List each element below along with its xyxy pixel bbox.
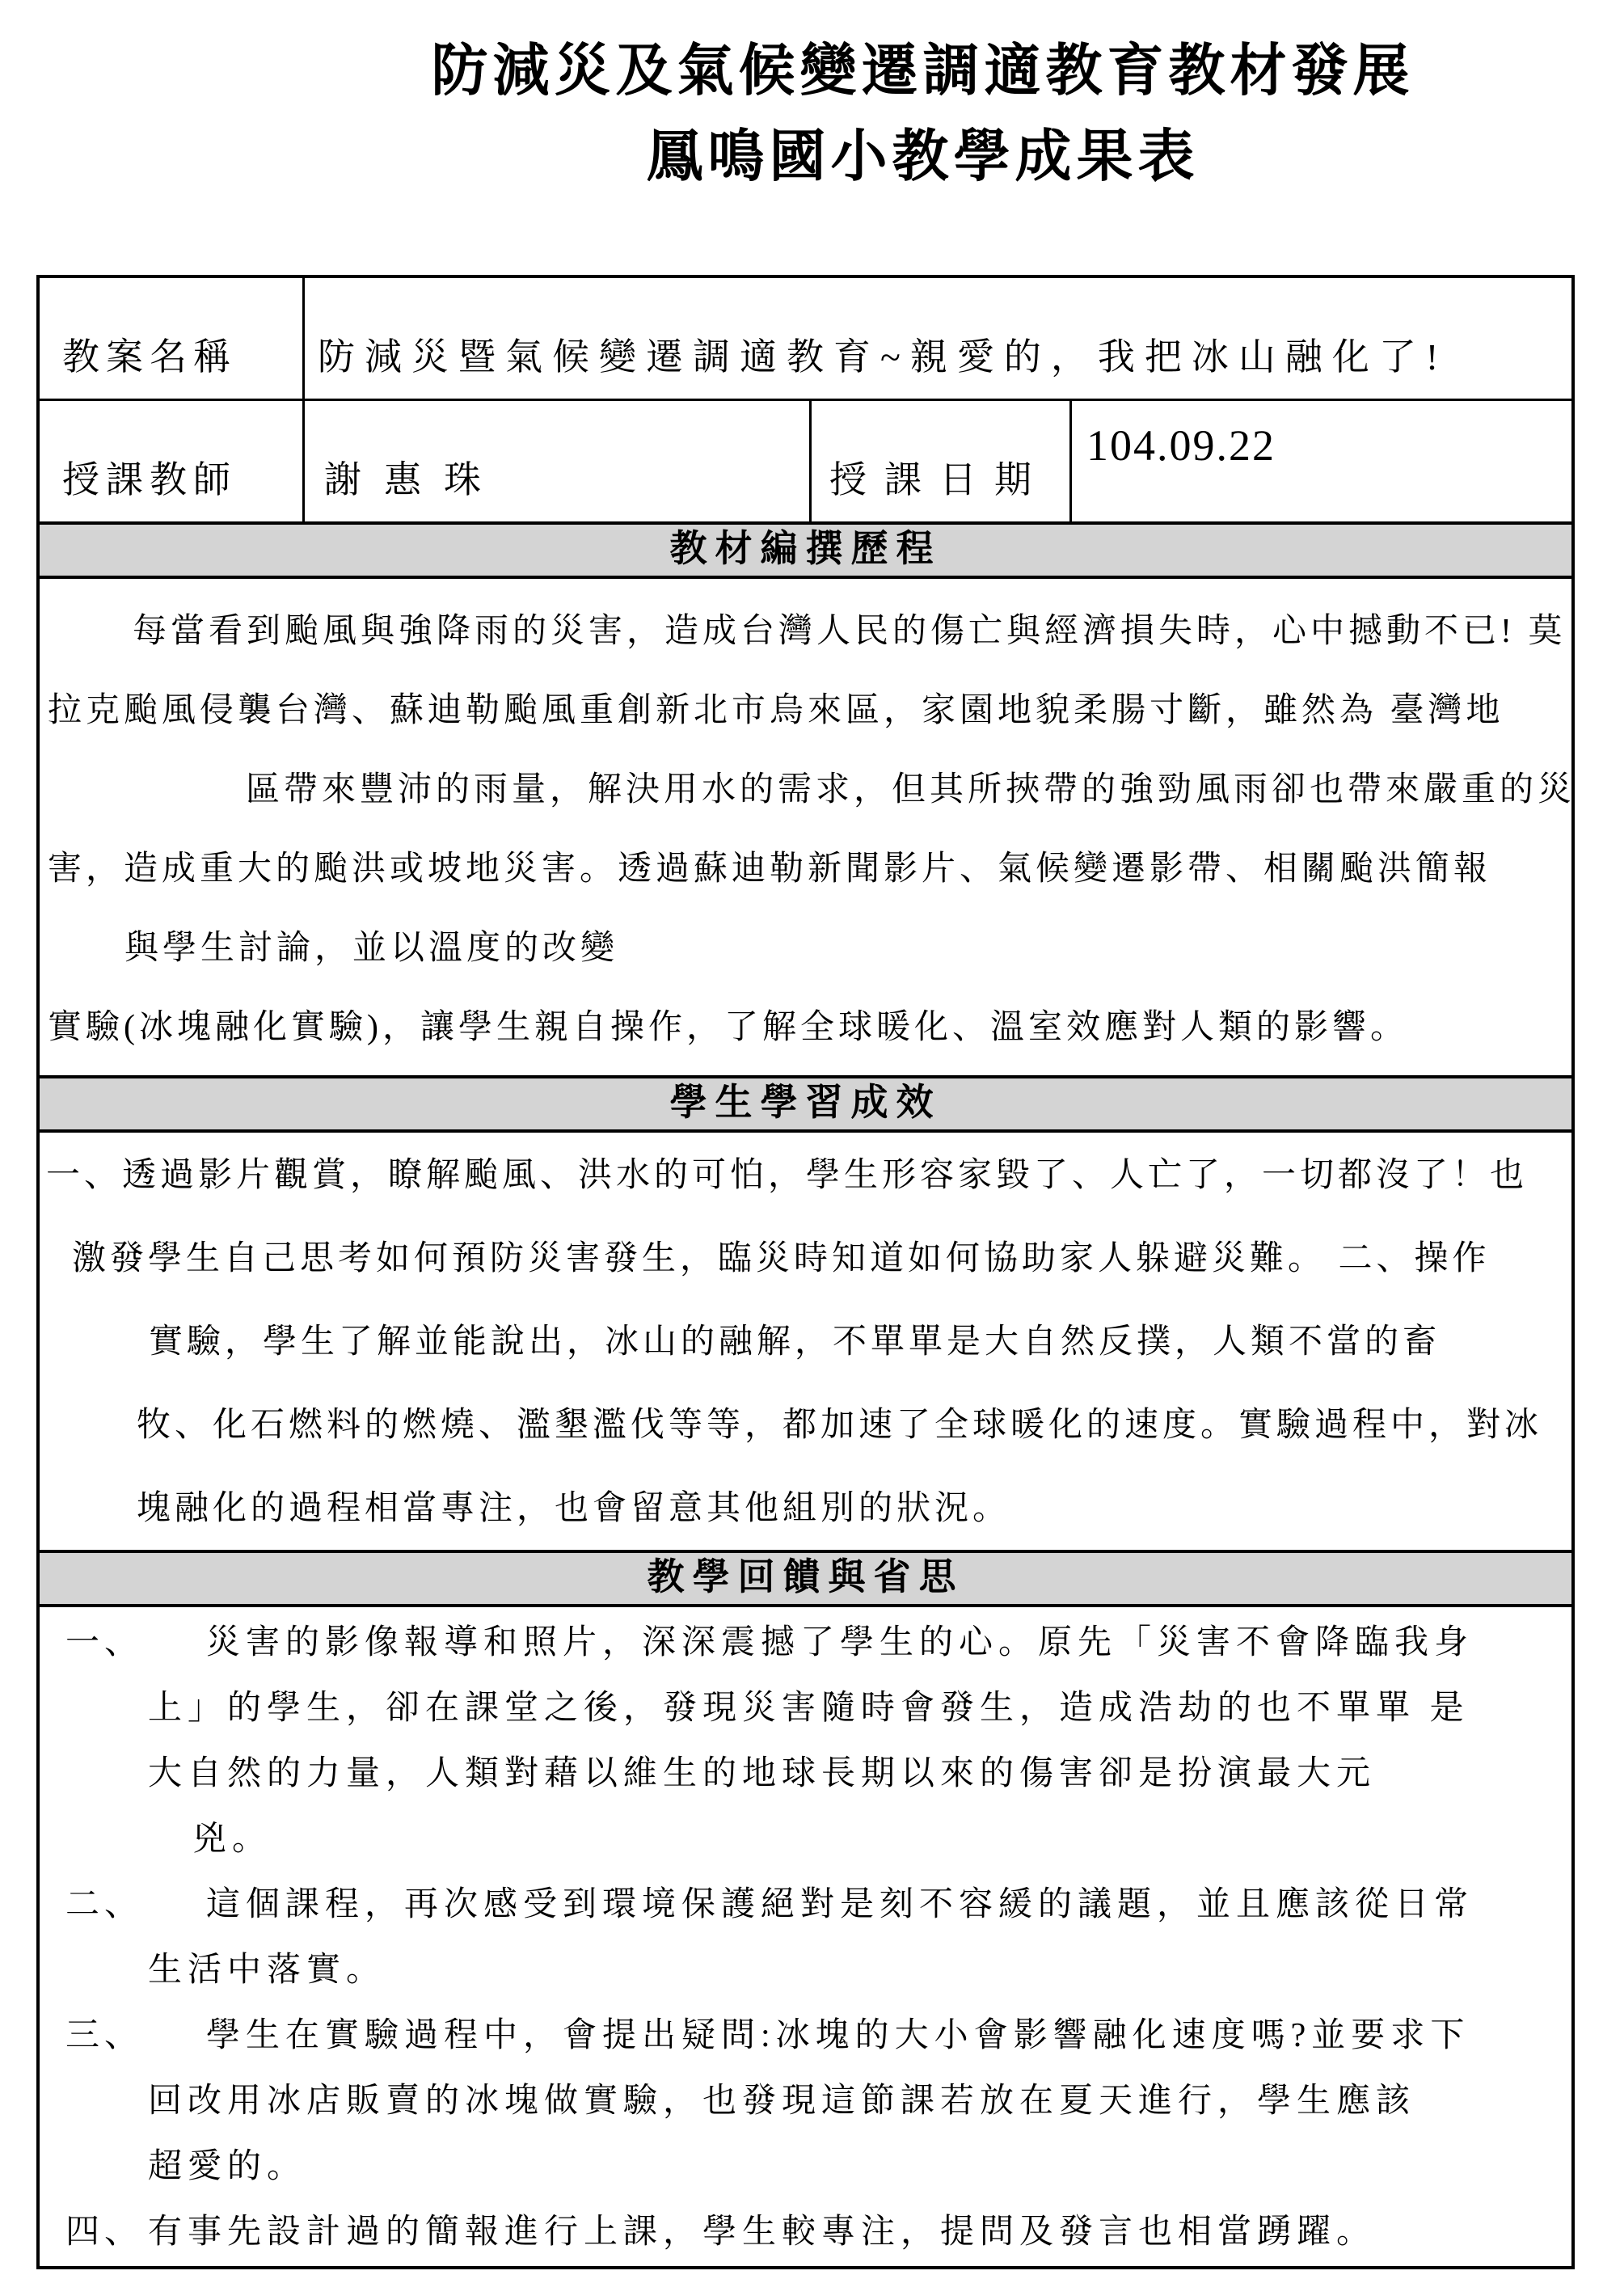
feedback-item-number: 一、 bbox=[65, 1610, 148, 1872]
learning-outcomes-line: 牧、化石燃料的燃燒、濫墾濫伐等等，都加速了全球暖化的速度。實驗過程中，對冰 bbox=[40, 1384, 1571, 1467]
feedback-item-number: 三、 bbox=[65, 2003, 148, 2200]
material-history-line: 害，造成重大的颱洪或坡地災害。透過蘇迪勒新聞影片、氣候變遷影帶、相關颱洪簡報 bbox=[40, 829, 1571, 909]
feedback-item-1: 一、 災害的影像報導和照片，深深震撼了學生的心。原先「災害不會降臨我身 上」的學… bbox=[40, 1610, 1571, 1872]
feedback-line: 生活中落實。 bbox=[148, 1938, 1571, 2003]
feedback-line: 大自然的力量，人類對藉以維生的地球長期以來的傷害卻是扮演最大元 bbox=[148, 1741, 1571, 1807]
teacher-value: 謝惠珠 bbox=[305, 401, 812, 521]
material-history-line: 實驗(冰塊融化實驗)，讓學生親自操作，了解全球暖化、溫室效應對人類的影響。 bbox=[40, 988, 1571, 1067]
feedback-item-4: 四、 有事先設計過的簡報進行上課，學生較專注，提問及發言也相當踴躍。 bbox=[40, 2200, 1571, 2265]
lesson-name-value: 防減災暨氣候變遷調適教育~親愛的，我把冰山融化了! bbox=[305, 278, 1571, 399]
feedback-line: 超愛的。 bbox=[148, 2134, 1571, 2200]
feedback-item-text: 災害的影像報導和照片，深深震撼了學生的心。原先「災害不會降臨我身 上」的學生，卻… bbox=[148, 1610, 1571, 1872]
date-value: 104.09.22 bbox=[1072, 401, 1571, 521]
feedback-line: 兇。 bbox=[148, 1807, 1571, 1872]
feedback-item-text: 學生在實驗過程中，會提出疑問:冰塊的大小會影響融化速度嗎?並要求下 回改用冰店販… bbox=[148, 2003, 1571, 2200]
section-learning-outcomes: 一、透過影片觀賞，瞭解颱風、洪水的可怕，學生形容家毀了、人亡了，一切都沒了！也 … bbox=[40, 1133, 1571, 1553]
table-row-teacher-date: 授課教師 謝惠珠 授課日期 104.09.22 bbox=[40, 401, 1571, 525]
document-page: 防減災及氣候變遷調適教育教材發展 鳳鳴國小教學成果表 教案名稱 防減災暨氣候變遷… bbox=[0, 0, 1603, 2296]
page-title-line2: 鳳鳴國小教學成果表 bbox=[243, 115, 1603, 200]
material-history-line: 區帶來豐沛的雨量，解決用水的需求，但其所挾帶的強勁風雨卻也帶來嚴重的災 bbox=[40, 750, 1571, 829]
date-label: 授課日期 bbox=[812, 401, 1072, 521]
learning-outcomes-line: 實驗，學生了解並能說出，冰山的融解，不單單是大自然反撲，人類不當的畜 bbox=[40, 1301, 1571, 1384]
feedback-item-3: 三、 學生在實驗過程中，會提出疑問:冰塊的大小會影響融化速度嗎?並要求下 回改用… bbox=[40, 2003, 1571, 2200]
material-history-line: 拉克颱風侵襲台灣、蘇迪勒颱風重創新北市烏來區，家園地貌柔腸寸斷，雖然為 臺灣地 bbox=[40, 671, 1571, 750]
section-header-material-history: 教材編撰歷程 bbox=[40, 525, 1571, 579]
feedback-item-text: 這個課程，再次感受到環境保護絕對是刻不容緩的議題，並且應該從日常 生活中落實。 bbox=[148, 1872, 1571, 2003]
learning-outcomes-line: 一、透過影片觀賞，瞭解颱風、洪水的可怕，學生形容家毀了、人亡了，一切都沒了！也 bbox=[40, 1134, 1571, 1218]
section-material-history: 每當看到颱風與強降雨的災害，造成台灣人民的傷亡與經濟損失時，心中撼動不已! 莫 … bbox=[40, 579, 1571, 1078]
section-header-learning-outcomes: 學生學習成效 bbox=[40, 1078, 1571, 1133]
feedback-line: 上」的學生，卻在課堂之後，發現災害隨時會發生，造成浩劫的也不單單 是 bbox=[148, 1676, 1571, 1741]
material-history-line: 每當看到颱風與強降雨的災害，造成台灣人民的傷亡與經濟損失時，心中撼動不已! 莫 bbox=[40, 592, 1571, 671]
table-row-lesson-name: 教案名稱 防減災暨氣候變遷調適教育~親愛的，我把冰山融化了! bbox=[40, 278, 1571, 401]
page-title-line1: 防減災及氣候變遷調適教育教材發展 bbox=[243, 29, 1603, 115]
learning-outcomes-line: 塊融化的過程相當專注，也會留意其他組別的狀況。 bbox=[40, 1467, 1571, 1551]
feedback-line: 回改用冰店販賣的冰塊做實驗，也發現這節課若放在夏天進行，學生應該 bbox=[148, 2069, 1571, 2134]
feedback-item-2: 二、 這個課程，再次感受到環境保護絕對是刻不容緩的議題，並且應該從日常 生活中落… bbox=[40, 1872, 1571, 2003]
section-feedback: 一、 災害的影像報導和照片，深深震撼了學生的心。原先「災害不會降臨我身 上」的學… bbox=[40, 1607, 1571, 2266]
teacher-label: 授課教師 bbox=[40, 401, 305, 521]
learning-outcomes-line: 激發學生自己思考如何預防災害發生，臨災時知道如何協助家人躲避災難。 二、操作 bbox=[40, 1218, 1571, 1301]
feedback-item-text: 有事先設計過的簡報進行上課，學生較專注，提問及發言也相當踴躍。 bbox=[148, 2200, 1571, 2265]
document-title-block: 防減災及氣候變遷調適教育教材發展 鳳鳴國小教學成果表 bbox=[0, 0, 1603, 200]
feedback-line: 災害的影像報導和照片，深深震撼了學生的心。原先「災害不會降臨我身 bbox=[148, 1610, 1571, 1676]
feedback-item-number: 四、 bbox=[65, 2200, 148, 2265]
feedback-item-number: 二、 bbox=[65, 1872, 148, 2003]
feedback-line: 有事先設計過的簡報進行上課，學生較專注，提問及發言也相當踴躍。 bbox=[148, 2200, 1571, 2265]
feedback-line: 學生在實驗過程中，會提出疑問:冰塊的大小會影響融化速度嗎?並要求下 bbox=[148, 2003, 1571, 2069]
material-history-line: 與學生討論，並以溫度的改變 bbox=[40, 909, 1571, 988]
teaching-results-table: 教案名稱 防減災暨氣候變遷調適教育~親愛的，我把冰山融化了! 授課教師 謝惠珠 … bbox=[36, 275, 1575, 2269]
lesson-name-label: 教案名稱 bbox=[40, 278, 305, 399]
section-header-feedback: 教學回饋與省思 bbox=[40, 1553, 1571, 1607]
feedback-line: 這個課程，再次感受到環境保護絕對是刻不容緩的議題，並且應該從日常 bbox=[148, 1872, 1571, 1938]
